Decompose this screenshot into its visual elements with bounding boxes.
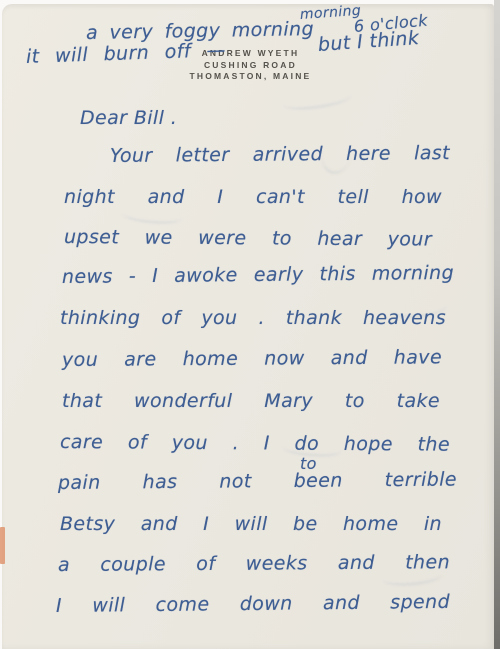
handwriting-weather-line1-cont: but I think <box>317 29 420 55</box>
letter-line: that wonderful Mary to take <box>62 392 440 411</box>
letter-line: you are home now and have <box>62 348 442 370</box>
letter-line: upset we were to hear your <box>64 228 432 250</box>
letter-line: Your letter arrived here last <box>110 144 450 166</box>
letter-line: news - I awoke early this morning <box>62 264 454 287</box>
letter-line: a couple of weeks and then <box>58 553 450 575</box>
letter-line: care of you . I do hope the <box>60 433 450 455</box>
letter-inserted-word: to <box>300 456 317 472</box>
letter-line: Betsy and I will be home in <box>60 515 442 534</box>
letterhead-city: THOMASTON, MAINE <box>189 71 311 83</box>
letter-paper: ANDREW WYETH CUSHING ROAD THOMASTON, MAI… <box>2 4 494 649</box>
letter-greeting: Dear Bill . <box>80 109 177 128</box>
letter-photo: ANDREW WYETH CUSHING ROAD THOMASTON, MAI… <box>0 0 500 649</box>
orange-tab <box>0 527 5 564</box>
letter-line: I will come down and spend <box>56 593 450 616</box>
ghost-stroke <box>122 206 183 225</box>
letter-line: pain has not been terrible <box>58 471 457 493</box>
letter-line: thinking of you . thank heavens <box>60 309 446 328</box>
letter-line: night and I can't tell how <box>64 188 442 207</box>
ghost-stroke <box>281 87 353 113</box>
photo-right-edge <box>494 0 500 649</box>
